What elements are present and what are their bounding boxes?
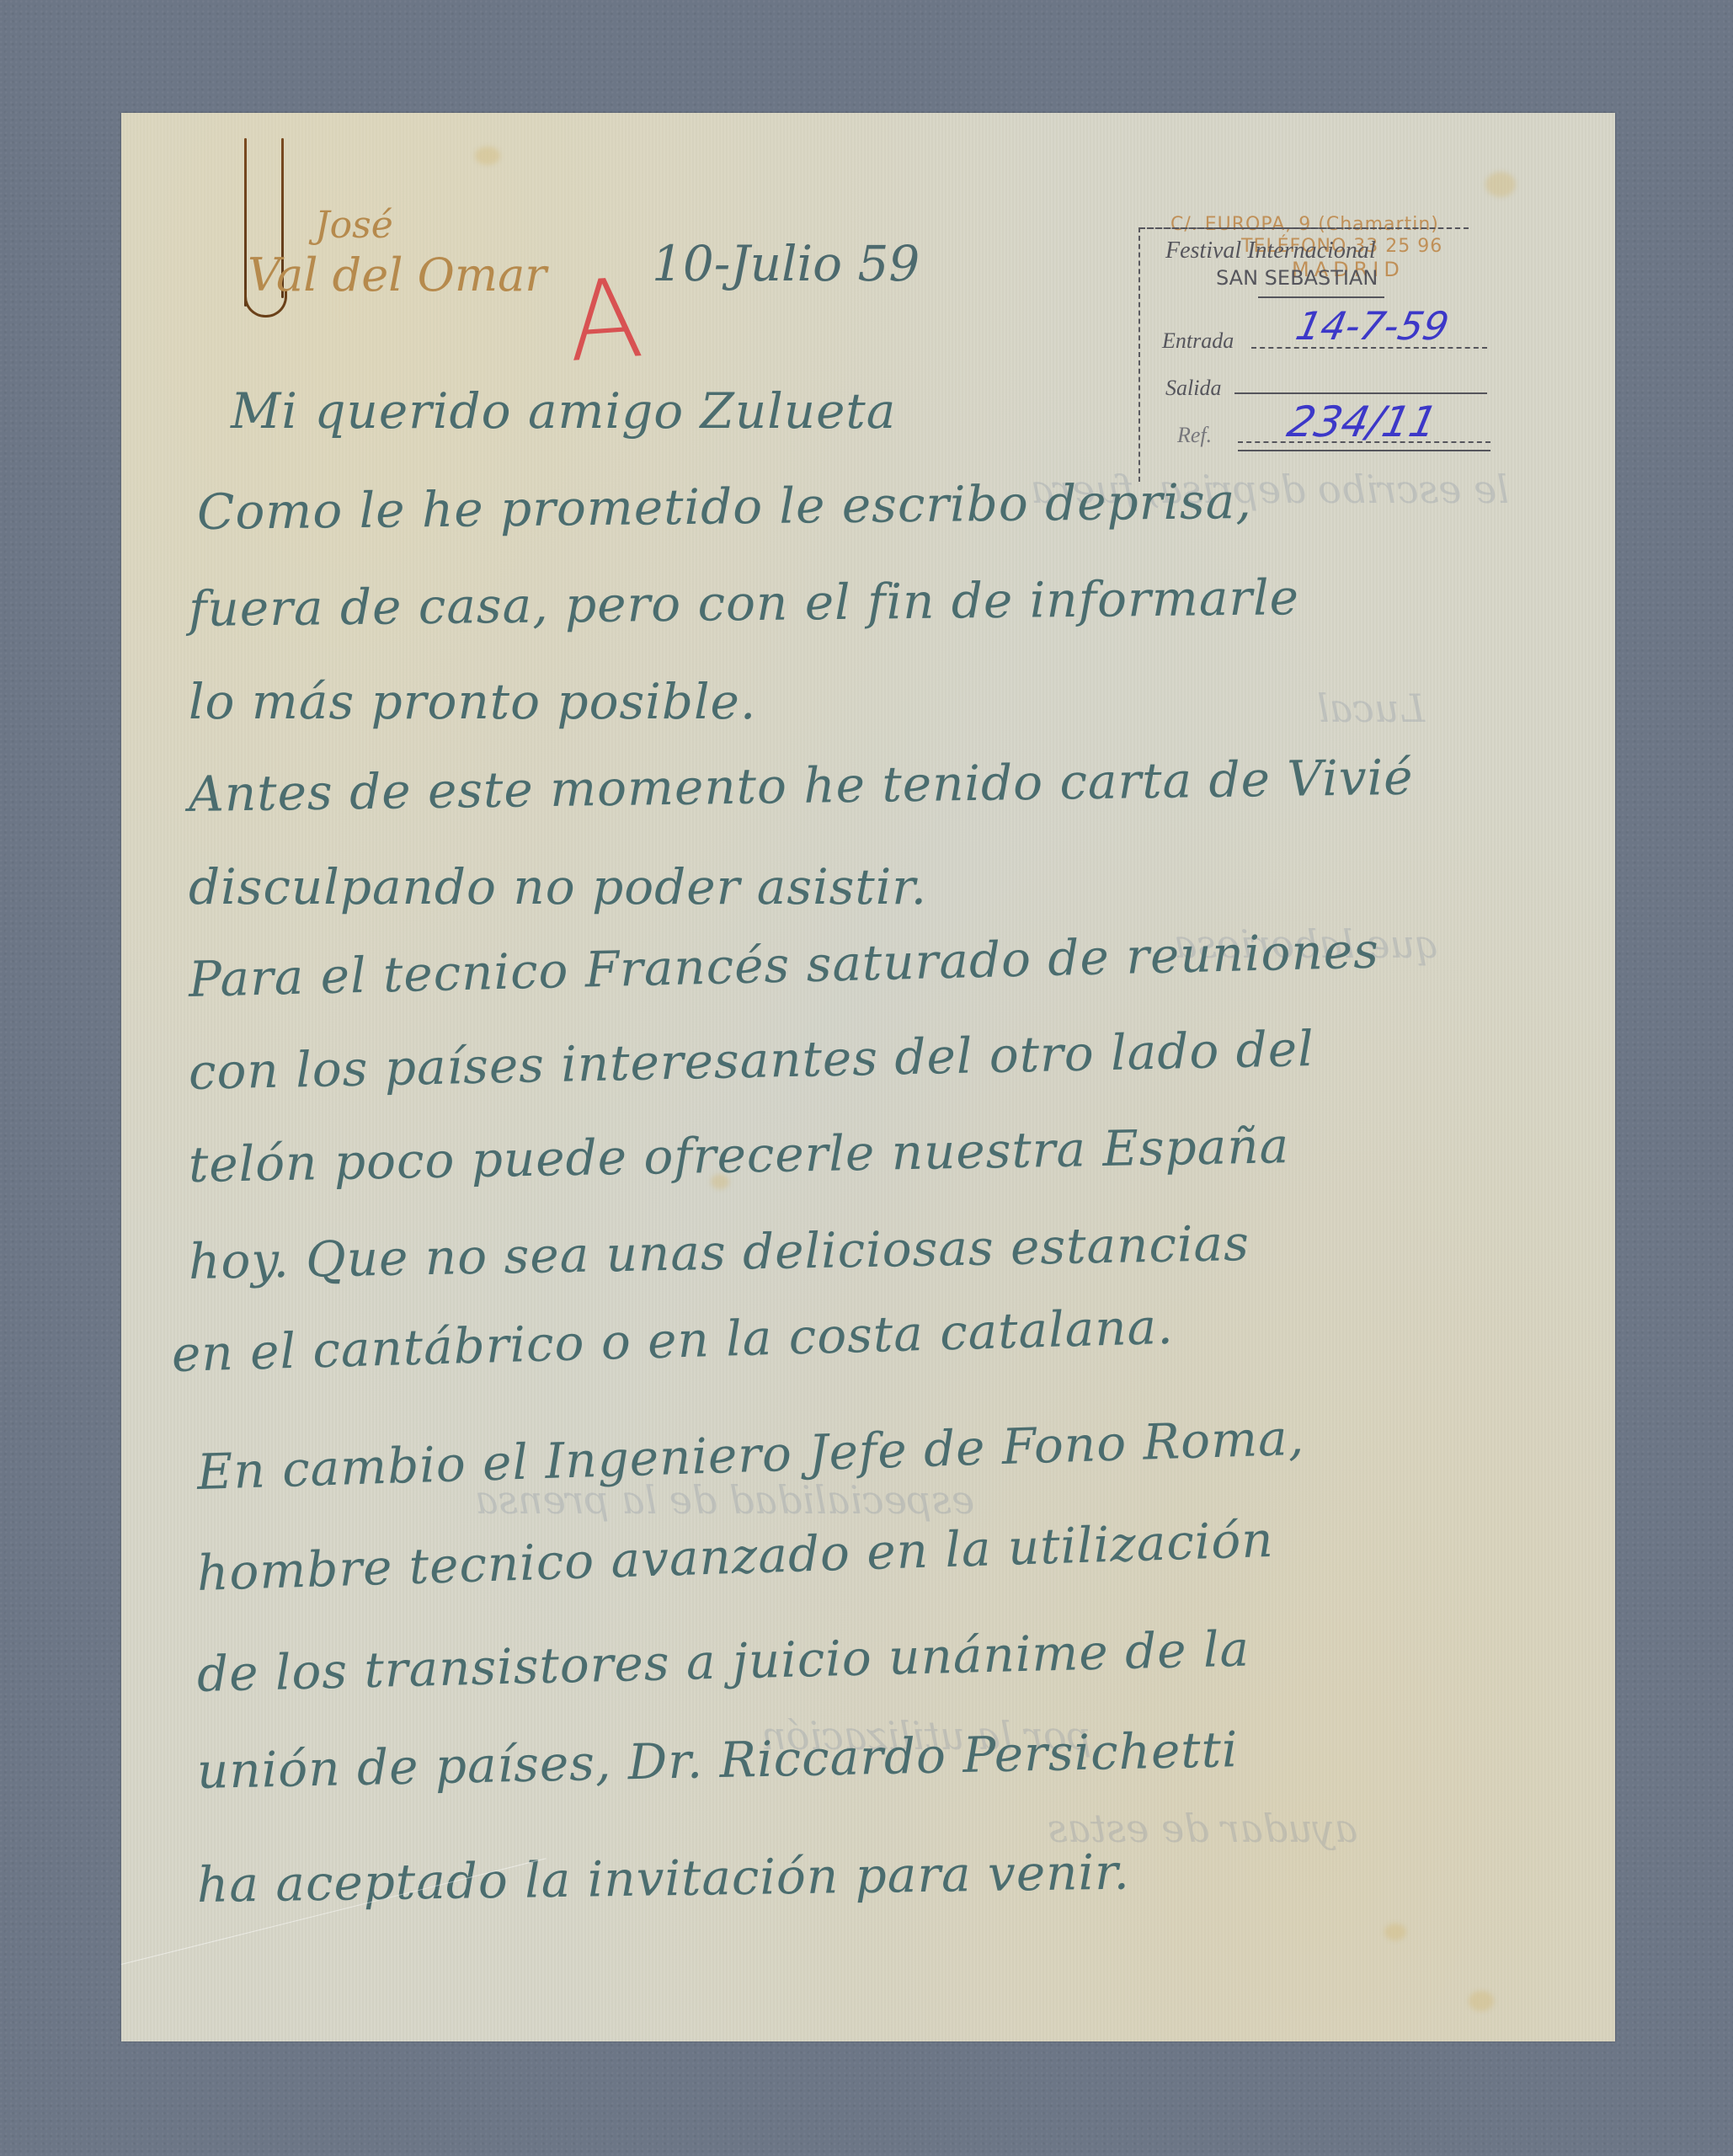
registration-stamp: Festival Internacional SAN SEBASTIAN Ent… [1138, 227, 1469, 482]
body-line: ha aceptado la invitación para venir. [197, 1844, 1131, 1913]
body-line: lo más pronto posible. [189, 673, 756, 730]
foxing-spot [1485, 172, 1516, 197]
stamp-ref-rule [1238, 441, 1490, 443]
stamp-rule [1140, 227, 1469, 229]
stamp-city: SAN SEBASTIAN [1216, 266, 1378, 290]
red-pencil-annotation: A [563, 253, 647, 387]
stamp-ref-label: Ref. [1177, 423, 1212, 448]
salutation: Mi querido amigo Zulueta [231, 382, 896, 440]
stamp-ref-rule [1238, 450, 1490, 451]
foxing-spot [1469, 1991, 1494, 2011]
foxing-spot [475, 147, 500, 165]
stamp-festival-title: Festival Internacional [1165, 237, 1376, 264]
body-line: con los países interesantes del otro lad… [188, 1020, 1314, 1101]
stamp-salida-rule [1234, 392, 1487, 394]
letter-page: le escribo deprisa, fuera Lucal que labo… [121, 113, 1615, 2041]
body-line: Para el tecnico Francés saturado de reun… [188, 921, 1379, 1008]
stamp-reference-value: 234/11 [1283, 398, 1442, 446]
body-line: fuera de casa, pero con el fin de inform… [189, 568, 1300, 638]
letterhead-last-name: Val del Omar [248, 253, 547, 298]
bleed-through-text: Lucal [1317, 686, 1425, 731]
body-line: unión de países, Dr. Riccardo Persichett… [196, 1721, 1239, 1800]
foxing-spot [1384, 1924, 1406, 1940]
body-line: hombre tecnico avanzado en la utilizació… [196, 1511, 1275, 1602]
body-line: de los transistores a juicio unánime de … [196, 1620, 1250, 1703]
stamp-salida-label: Salida [1165, 376, 1221, 401]
stamp-entrada-label: Entrada [1162, 328, 1234, 354]
body-line: Antes de este momento he tenido carta de… [189, 749, 1414, 823]
body-line: en el cantábrico o en la costa catalana. [171, 1298, 1174, 1383]
body-line: telón poco puede ofrecerle nuestra Españ… [188, 1117, 1289, 1193]
stamp-entrada-value: 14-7-59 [1292, 303, 1453, 349]
letter-date: 10-Julio 59 [652, 235, 920, 292]
body-line: Como le he prometido le escribo deprisa, [197, 472, 1252, 541]
body-line: disculpando no poder asistir. [189, 858, 927, 915]
letterhead-first-name: José [315, 207, 393, 244]
body-line: hoy. Que no sea unas deliciosas estancia… [188, 1214, 1250, 1290]
paper-fold-mark [244, 138, 247, 307]
stamp-rule [1258, 296, 1384, 298]
